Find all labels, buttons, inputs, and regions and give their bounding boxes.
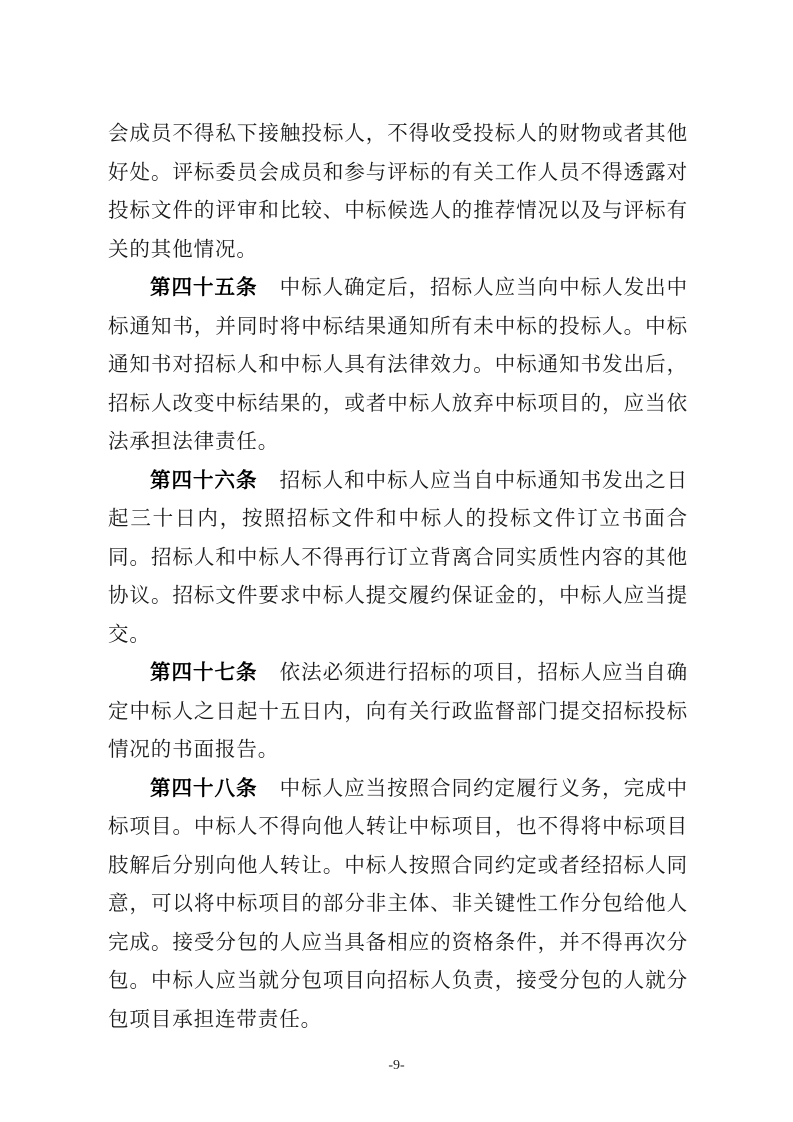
article-text: 中标人应当按照合同约定履行义务，完成中标项目。中标人不得向他人转让中标项目，也不… [108,776,688,1031]
article-number: 第四十八条 [150,776,258,800]
page-number: -9- [0,1058,793,1074]
article-text: 中标人确定后，招标人应当向中标人发出中标通知书，并同时将中标结果通知所有未中标的… [108,275,688,453]
article-number: 第四十五条 [150,275,258,299]
article-number: 第四十六条 [150,468,258,492]
article-47: 第四十七条依法必须进行招标的项目，招标人应当自确定中标人之日起十五日内，向有关行… [108,653,688,769]
article-text: 招标人和中标人应当自中标通知书发出之日起三十日内，按照招标文件和中标人的投标文件… [108,468,688,646]
document-body: 会成员不得私下接触投标人，不得收受投标人的财物或者其他好处。评标委员会成员和参与… [108,114,688,1038]
article-46: 第四十六条招标人和中标人应当自中标通知书发出之日起三十日内，按照招标文件和中标人… [108,461,688,654]
paragraph-continuation: 会成员不得私下接触投标人，不得收受投标人的财物或者其他好处。评标委员会成员和参与… [108,114,688,268]
article-number: 第四十七条 [150,660,258,684]
article-45: 第四十五条中标人确定后，招标人应当向中标人发出中标通知书，并同时将中标结果通知所… [108,268,688,461]
article-48: 第四十八条中标人应当按照合同约定履行义务，完成中标项目。中标人不得向他人转让中标… [108,769,688,1039]
